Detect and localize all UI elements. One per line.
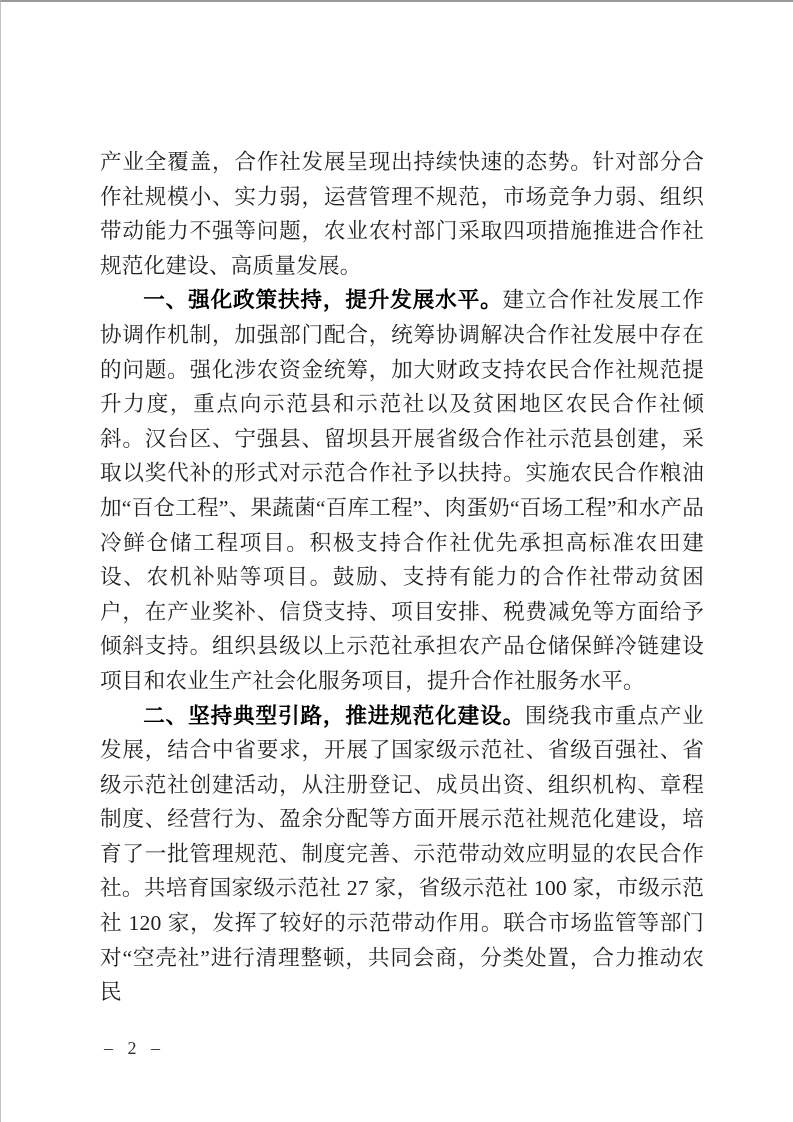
paragraph-section-2: 二、坚持典型引路，推进规范化建设。围绕我市重点产业发展，结合中省要求，开展了国家…	[100, 699, 704, 1010]
page-number: – 2 –	[104, 1037, 165, 1059]
paragraph-text: 建立合作社发展工作协调作机制，加强部门配合，统筹协调解决合作社发展中存在的问题。…	[100, 288, 704, 693]
paragraph-text: 围绕我市重点产业发展，结合中省要求，开展了国家级示范社、省级百强社、省级示范社创…	[100, 704, 704, 1005]
section-1-heading: 一、强化政策扶持，提升发展水平。	[143, 287, 502, 312]
document-page: 产业全覆盖，合作社发展呈现出持续快速的态势。针对部分合作社规模小、实力弱，运营管…	[0, 0, 793, 1122]
section-2-heading: 二、坚持典型引路，推进规范化建设。	[143, 703, 525, 728]
paragraph-continuation: 产业全覆盖，合作社发展呈现出持续快速的态势。针对部分合作社规模小、实力弱，运营管…	[100, 145, 704, 283]
document-body: 产业全覆盖，合作社发展呈现出持续快速的态势。针对部分合作社规模小、实力弱，运营管…	[100, 145, 704, 1010]
paragraph-section-1: 一、强化政策扶持，提升发展水平。建立合作社发展工作协调作机制，加强部门配合，统筹…	[100, 283, 704, 698]
paragraph-text: 产业全覆盖，合作社发展呈现出持续快速的态势。针对部分合作社规模小、实力弱，运营管…	[100, 150, 704, 278]
